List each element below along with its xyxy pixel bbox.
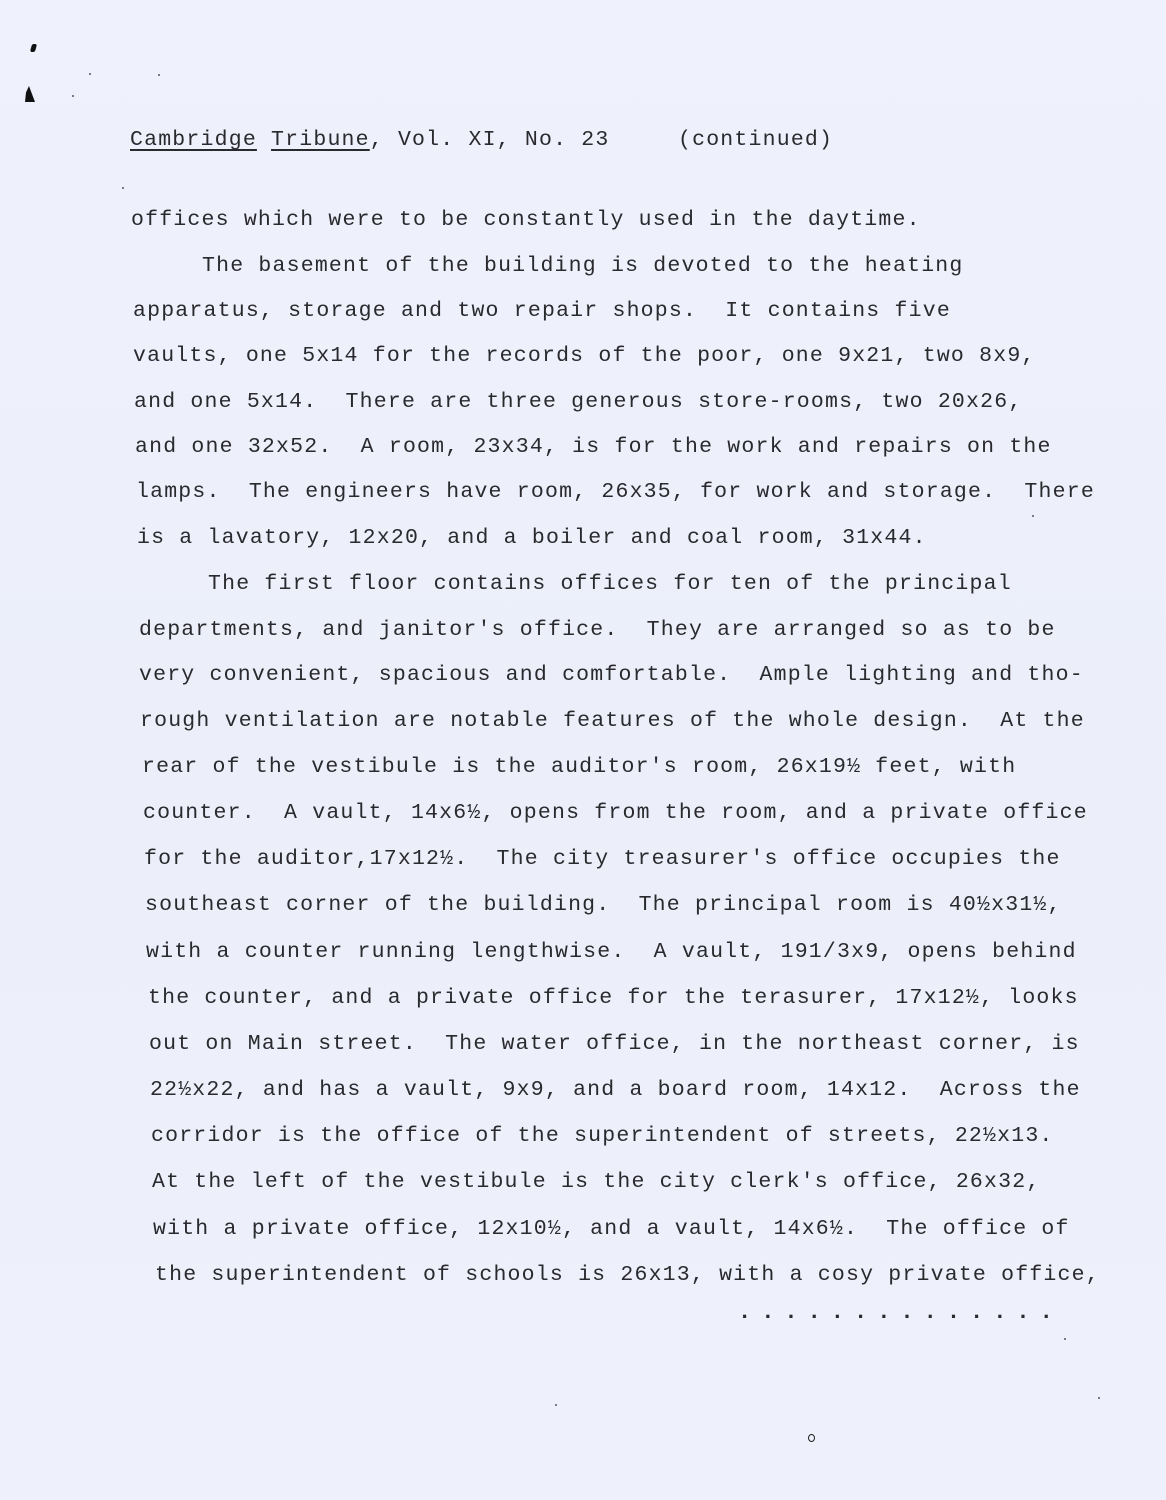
text-line: The first floor contains offices for ten… <box>208 572 1012 596</box>
speck <box>1098 1397 1100 1399</box>
text-line: for the auditor,17x12½. The city treasur… <box>144 847 1061 871</box>
text-line: the counter, and a private office for th… <box>148 986 1079 1010</box>
text-line: with a private office, 12x10½, and a vau… <box>153 1217 1070 1241</box>
publication-name: Cambridge <box>130 128 257 152</box>
paper-mark-icon <box>30 44 37 52</box>
ellipsis-row: .............. <box>738 1300 1063 1325</box>
text-line: offices which were to be constantly used… <box>131 208 921 232</box>
speck <box>122 187 124 189</box>
text-line: apparatus, storage and two repair shops.… <box>133 299 951 323</box>
text-line: rough ventilation are notable features o… <box>140 709 1085 733</box>
text-line: At the left of the vestibule is the city… <box>152 1170 1040 1194</box>
speck <box>555 1404 557 1406</box>
text-line: southeast corner of the building. The pr… <box>145 893 1062 917</box>
text-line: rear of the vestibule is the auditor's r… <box>142 755 1016 779</box>
speck <box>89 73 91 75</box>
text-line: The basement of the building is devoted … <box>202 254 964 278</box>
speck <box>1064 1338 1066 1340</box>
text-line: and one 5x14. There are three generous s… <box>134 390 1022 414</box>
text-line: and one 32x52. A room, 23x34, is for the… <box>135 435 1052 459</box>
publication-name-2: Tribune <box>271 128 370 152</box>
typed-document-page: Cambridge Tribune, Vol. XI, No. 23 (cont… <box>0 0 1166 1500</box>
text-line: corridor is the office of the superinten… <box>151 1124 1054 1148</box>
speck <box>158 74 160 76</box>
text-line: departments, and janitor's office. They … <box>139 618 1056 642</box>
speck <box>72 95 74 97</box>
text-line: vaults, one 5x14 for the records of the … <box>133 344 1036 368</box>
text-line: lamps. The engineers have room, 26x35, f… <box>136 480 1095 504</box>
paper-tear-icon <box>25 86 35 102</box>
text-line: counter. A vault, 14x6½, opens from the … <box>143 801 1088 825</box>
text-line: out on Main street. The water office, in… <box>149 1032 1080 1056</box>
volume-issue: , Vol. XI, No. 23 <box>370 128 610 152</box>
text-line: the superintendent of schools is 26x13, … <box>155 1263 1100 1287</box>
speck <box>1032 515 1034 517</box>
text-line: is a lavatory, 12x20, and a boiler and c… <box>137 526 927 550</box>
text-line: very convenient, spacious and comfortabl… <box>139 663 1084 687</box>
ink-mark <box>808 1434 815 1442</box>
document-header: Cambridge Tribune, Vol. XI, No. 23 <box>130 128 610 152</box>
text-line: with a counter running lengthwise. A vau… <box>146 940 1077 964</box>
continued-label: (continued) <box>678 128 833 152</box>
text-line: 22½x22, and has a vault, 9x9, and a boar… <box>150 1078 1081 1102</box>
